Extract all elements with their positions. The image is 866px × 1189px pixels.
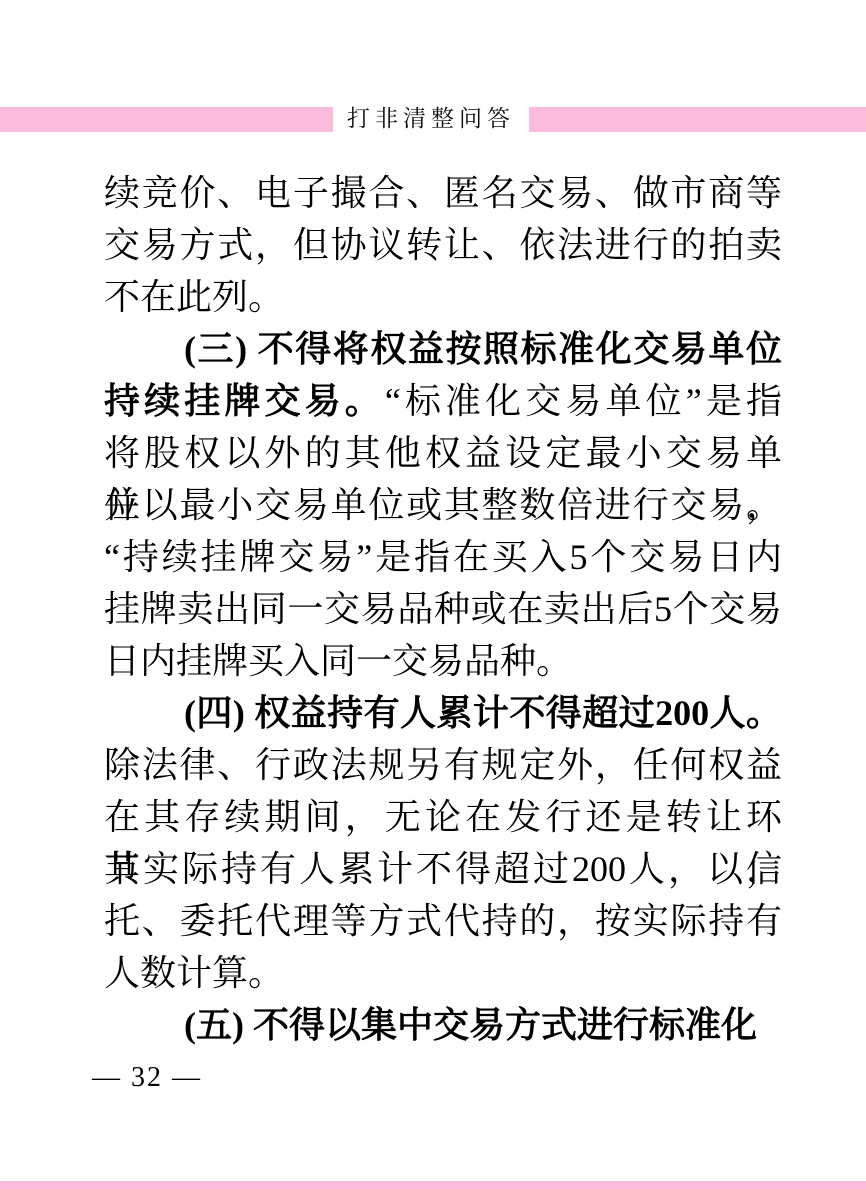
text-line: 在其存续期间，无论在发行还是转让环节， [104,791,782,843]
text-line: “持续挂牌交易”是指在买入5个交易日内 [104,531,782,583]
text-line: (三) 不得将权益按照标准化交易单位 [104,323,782,375]
text-line: (四) 权益持有人累计不得超过200人。 [104,687,782,739]
bottom-band [0,1181,866,1189]
page-number: — 32 — [92,1062,202,1094]
body-text: 续竞价、电子撮合、匿名交易、做市商等 交易方式，但协议转让、依法进行的拍卖 不在… [104,167,782,1051]
text-line: 挂牌卖出同一交易品种或在卖出后5个交易 [104,583,782,635]
text-line: 人数计算。 [104,947,782,999]
text-line: 日内挂牌买入同一交易品种。 [104,635,782,687]
text-line: 并以最小交易单位或其整数倍进行交易。 [104,479,782,531]
text-line: 交易方式，但协议转让、依法进行的拍卖 [104,219,782,271]
text-line: 续竞价、电子撮合、匿名交易、做市商等 [104,167,782,219]
text-line: 持续挂牌交易。“标准化交易单位”是指 [104,375,782,427]
text-line: 将股权以外的其他权益设定最小交易单位， [104,427,782,479]
header-title-box: 打非清整问答 [333,101,529,137]
text-line: (五) 不得以集中交易方式进行标准化 [104,999,782,1051]
book-page: 打非清整问答 续竞价、电子撮合、匿名交易、做市商等 交易方式，但协议转让、依法进… [0,0,866,1189]
text-line: 托、委托代理等方式代持的，按实际持有 [104,895,782,947]
page-header-title: 打非清整问答 [347,106,515,131]
text-line: 其实际持有人累计不得超过200人，以信 [104,843,782,895]
text-line: 除法律、行政法规另有规定外，任何权益 [104,739,782,791]
text-line: 不在此列。 [104,271,782,323]
